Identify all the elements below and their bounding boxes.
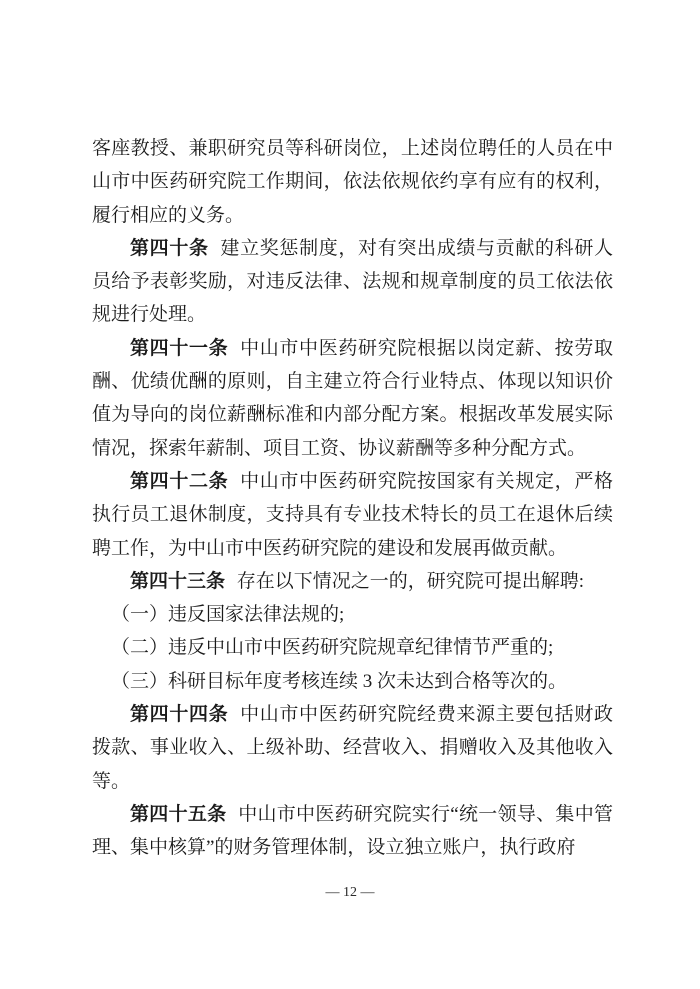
- article-number: 第四十五条: [130, 804, 226, 825]
- article-paragraph-43: 第四十三条存在以下情况之一的，研究院可提出解聘:: [92, 565, 613, 598]
- clause-item-1: （一）违反国家法律法规的;: [92, 598, 613, 631]
- article-number: 第四十二条: [130, 471, 228, 492]
- article-number: 第四十一条: [130, 338, 228, 359]
- clause-text: （一）违反国家法律法规的;: [111, 604, 344, 625]
- clause-item-2: （二）违反中山市中医药研究院规章纪律情节严重的;: [92, 631, 613, 664]
- paragraph-text: 客座教授、兼职研究员等科研岗位，上述岗位聘任的人员在中山市中医药研究院工作期间，…: [92, 138, 613, 226]
- article-text: 存在以下情况之一的，研究院可提出解聘:: [237, 571, 584, 592]
- clause-text: （三）科研目标年度考核连续 3 次未达到合格等次的。: [111, 671, 567, 692]
- clause-text: （二）违反中山市中医药研究院规章纪律情节严重的;: [111, 637, 553, 658]
- article-paragraph-44: 第四十四条中山市中医药研究院经费来源主要包括财政拨款、事业收入、上级补助、经营收…: [92, 698, 613, 798]
- document-body: 客座教授、兼职研究员等科研岗位，上述岗位聘任的人员在中山市中医药研究院工作期间，…: [92, 132, 613, 865]
- article-paragraph-40: 第四十条建立奖惩制度，对有突出成绩与贡献的科研人员给予表彰奖励，对违反法律、法规…: [92, 232, 613, 332]
- continuation-paragraph: 客座教授、兼职研究员等科研岗位，上述岗位聘任的人员在中山市中医药研究院工作期间，…: [92, 132, 613, 232]
- article-number: 第四十条: [130, 238, 209, 259]
- article-paragraph-45: 第四十五条中山市中医药研究院实行“统一领导、集中管理、集中核算”的财务管理体制，…: [92, 798, 613, 865]
- clause-item-3: （三）科研目标年度考核连续 3 次未达到合格等次的。: [92, 665, 613, 698]
- article-paragraph-41: 第四十一条中山市中医药研究院根据以岗定薪、按劳取酬、优绩优酬的原则，自主建立符合…: [92, 332, 613, 465]
- article-number: 第四十四条: [130, 704, 228, 725]
- document-page: 客座教授、兼职研究员等科研岗位，上述岗位聘任的人员在中山市中医药研究院工作期间，…: [0, 0, 700, 989]
- page-number: — 12 —: [0, 884, 700, 902]
- article-paragraph-42: 第四十二条中山市中医药研究院按国家有关规定，严格执行员工退休制度，支持具有专业技…: [92, 465, 613, 565]
- article-number: 第四十三条: [130, 571, 225, 592]
